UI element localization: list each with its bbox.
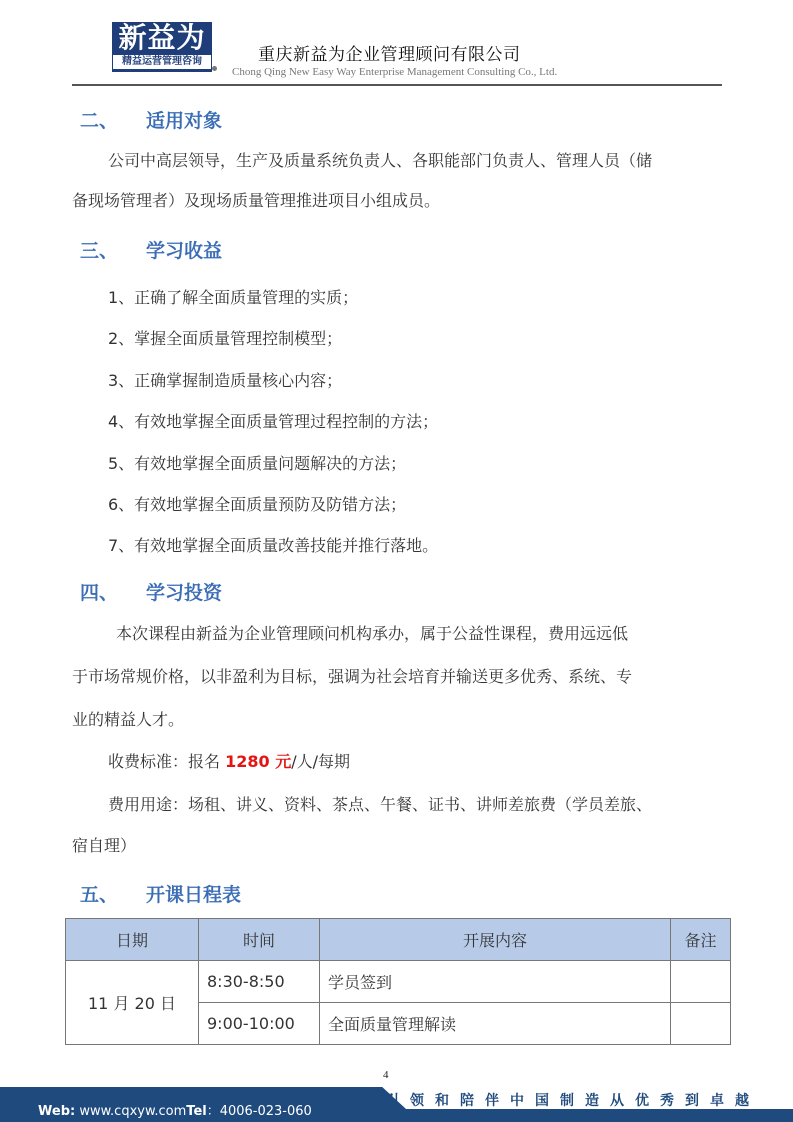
audience-line-1: 公司中高层领导，生产及质量系统负责人、各职能部门负责人、管理人员（储 [72, 141, 722, 181]
benefit-item-7: 7、有效地掌握全面质量改善技能并推行落地。 [108, 533, 438, 556]
tel-value: ：4006-023-060 [207, 1104, 312, 1119]
col-header-notes: 备注 [671, 919, 731, 961]
footer-contact: Web: www.cqxyw.comTel：4006-023-060 [38, 1100, 312, 1119]
tel-label: Tel [186, 1104, 206, 1119]
col-header-time: 时间 [199, 919, 320, 961]
fee-usage-line-1: 费用用途：场租、讲义、资料、茶点、午餐、证书、讲师差旅费（学员差旅、 [72, 785, 722, 825]
fee-standard: 收费标准：报名 1280 元/人/每期 [108, 742, 758, 782]
company-logo: 新益为 精益运营管理咨询 [112, 22, 212, 72]
benefit-item-4: 4、有效地掌握全面质量管理过程控制的方法； [108, 409, 438, 432]
benefit-item-1: 1、正确了解全面质量管理的实质； [108, 285, 358, 308]
fee-unit: /人/每期 [291, 752, 350, 771]
table-header-row: 日期 时间 开展内容 备注 [66, 919, 731, 961]
company-name-cn: 重庆新益为企业管理顾问有限公司 [258, 40, 521, 65]
benefit-item-5: 5、有效地掌握全面质量问题解决的方法； [108, 451, 406, 474]
section-number: 三、 [80, 236, 146, 263]
section-title-text: 开课日程表 [146, 884, 241, 906]
footer-slogan: 引领和陪伴中国制造从优秀到卓越 [385, 1090, 760, 1110]
section-title-text: 学习收益 [146, 240, 222, 262]
company-name-en: Chong Qing New Easy Way Enterprise Manag… [232, 66, 557, 78]
section-number: 四、 [80, 578, 146, 605]
section-title-text: 学习投资 [146, 582, 222, 604]
investment-line-2: 于市场常规价格，以非盈利为目标，强调为社会培育并输送更多优秀、系统、专 [72, 657, 722, 697]
note-cell [671, 961, 731, 1003]
investment-line-1: 本次课程由新益为企业管理顾问机构承办，属于公益性课程，费用远远低 [72, 614, 722, 654]
time-cell: 9:00-10:00 [199, 1003, 320, 1045]
content-cell: 全面质量管理解读 [320, 1003, 671, 1045]
benefit-item-3: 3、正确掌握制造质量核心内容； [108, 368, 342, 391]
time-cell: 8:30-8:50 [199, 961, 320, 1003]
web-value: www.cqxyw.com [75, 1104, 186, 1119]
header-divider [72, 84, 722, 86]
section-number: 二、 [80, 106, 146, 133]
section-heading-investment: 四、学习投资 [80, 578, 222, 605]
page-number: 4 [383, 1069, 389, 1081]
audience-line-2: 备现场管理者）及现场质量管理推进项目小组成员。 [72, 181, 722, 221]
logo-sub-text: 精益运营管理咨询 [113, 55, 211, 69]
web-label: Web: [38, 1104, 75, 1119]
section-title-text: 适用对象 [146, 110, 222, 132]
section-heading-schedule: 五、开课日程表 [80, 880, 241, 907]
fee-label: 收费标准：报名 [108, 752, 225, 771]
section-heading-audience: 二、适用对象 [80, 106, 222, 133]
section-number: 五、 [80, 880, 146, 907]
logo-dot-icon [212, 66, 217, 71]
fee-price: 1280 元 [225, 752, 291, 771]
benefit-item-6: 6、有效地掌握全面质量预防及防错方法； [108, 492, 406, 515]
page-header: 新益为 精益运营管理咨询 重庆新益为企业管理顾问有限公司 Chong Qing … [0, 0, 793, 90]
note-cell [671, 1003, 731, 1045]
benefit-item-2: 2、掌握全面质量管理控制模型； [108, 326, 342, 349]
table-row: 11 月 20 日 8:30-8:50 学员签到 [66, 961, 731, 1003]
schedule-table: 日期 时间 开展内容 备注 11 月 20 日 8:30-8:50 学员签到 9… [65, 918, 731, 1045]
fee-usage-line-2: 宿自理） [72, 826, 722, 866]
section-heading-benefits: 三、学习收益 [80, 236, 222, 263]
date-cell: 11 月 20 日 [66, 961, 199, 1045]
investment-line-3: 业的精益人才。 [72, 700, 722, 740]
col-header-date: 日期 [66, 919, 199, 961]
content-cell: 学员签到 [320, 961, 671, 1003]
logo-main-text: 新益为 [112, 22, 212, 53]
col-header-content: 开展内容 [320, 919, 671, 961]
